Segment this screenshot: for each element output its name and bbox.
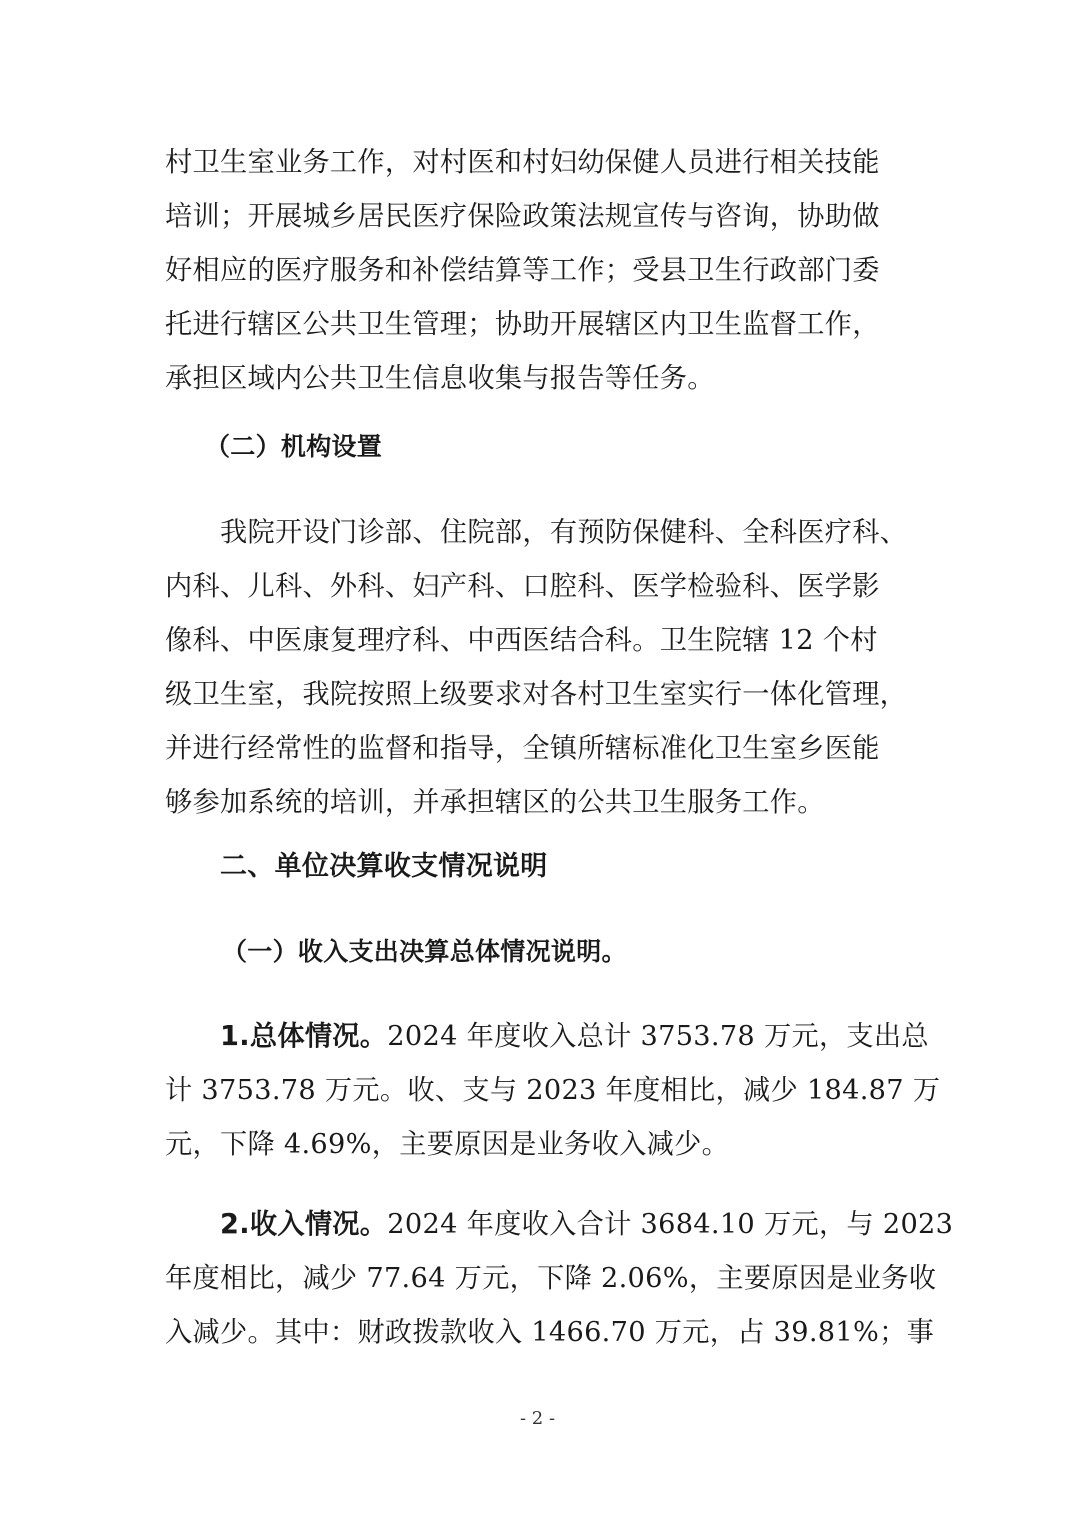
section-heading-main: 二、单位决算收支情况说明	[220, 850, 980, 884]
overall-text: 2024 年度收入总计 3753.78 万元，支出总	[387, 1021, 929, 1052]
text-line: 够参加系统的培训，并承担辖区的公共卫生服务工作。	[165, 786, 925, 820]
page-number: - 2 -	[0, 1408, 1075, 1429]
text-line: 好相应的医疗服务和补偿结算等工作；受县卫生行政部门委	[165, 254, 925, 288]
section-heading-sub: （一）收入支出决算总体情况说明。	[222, 935, 982, 969]
income-lead: 2.收入情况。	[220, 1209, 387, 1240]
text-line: 内科、儿科、外科、妇产科、口腔科、医学检验科、医学影	[165, 570, 925, 604]
income-text: 2024 年度收入合计 3684.10 万元，与 2023	[387, 1209, 953, 1240]
text-line: 托进行辖区公共卫生管理；协助开展辖区内卫生监督工作，	[165, 308, 925, 342]
text-line: 村卫生室业务工作，对村医和村妇幼保健人员进行相关技能	[165, 146, 925, 180]
text-line: 像科、中医康复理疗科、中西医结合科。卫生院辖 12 个村	[165, 624, 925, 658]
section-heading-org: （二）机构设置	[205, 430, 965, 464]
text-line: 培训；开展城乡居民医疗保险政策法规宣传与咨询，协助做	[165, 200, 925, 234]
text-line: 入减少。其中：财政拨款收入 1466.70 万元，占 39.81%；事	[165, 1316, 925, 1350]
text-line: 1.总体情况。2024 年度收入总计 3753.78 万元，支出总	[220, 1020, 980, 1054]
overall-lead: 1.总体情况。	[220, 1021, 387, 1052]
document-page: 村卫生室业务工作，对村医和村妇幼保健人员进行相关技能 培训；开展城乡居民医疗保险…	[0, 0, 1075, 1520]
text-line: 计 3753.78 万元。收、支与 2023 年度相比，减少 184.87 万	[165, 1074, 925, 1108]
text-line: 元，下降 4.69%，主要原因是业务收入减少。	[165, 1128, 925, 1162]
text-line: 承担区域内公共卫生信息收集与报告等任务。	[165, 362, 925, 396]
text-line: 级卫生室，我院按照上级要求对各村卫生室实行一体化管理，	[165, 678, 925, 712]
text-line: 2.收入情况。2024 年度收入合计 3684.10 万元，与 2023	[220, 1208, 980, 1242]
text-line: 并进行经常性的监督和指导，全镇所辖标准化卫生室乡医能	[165, 732, 925, 766]
text-line: 年度相比，减少 77.64 万元，下降 2.06%，主要原因是业务收	[165, 1262, 925, 1296]
text-line: 我院开设门诊部、住院部，有预防保健科、全科医疗科、	[220, 516, 980, 550]
